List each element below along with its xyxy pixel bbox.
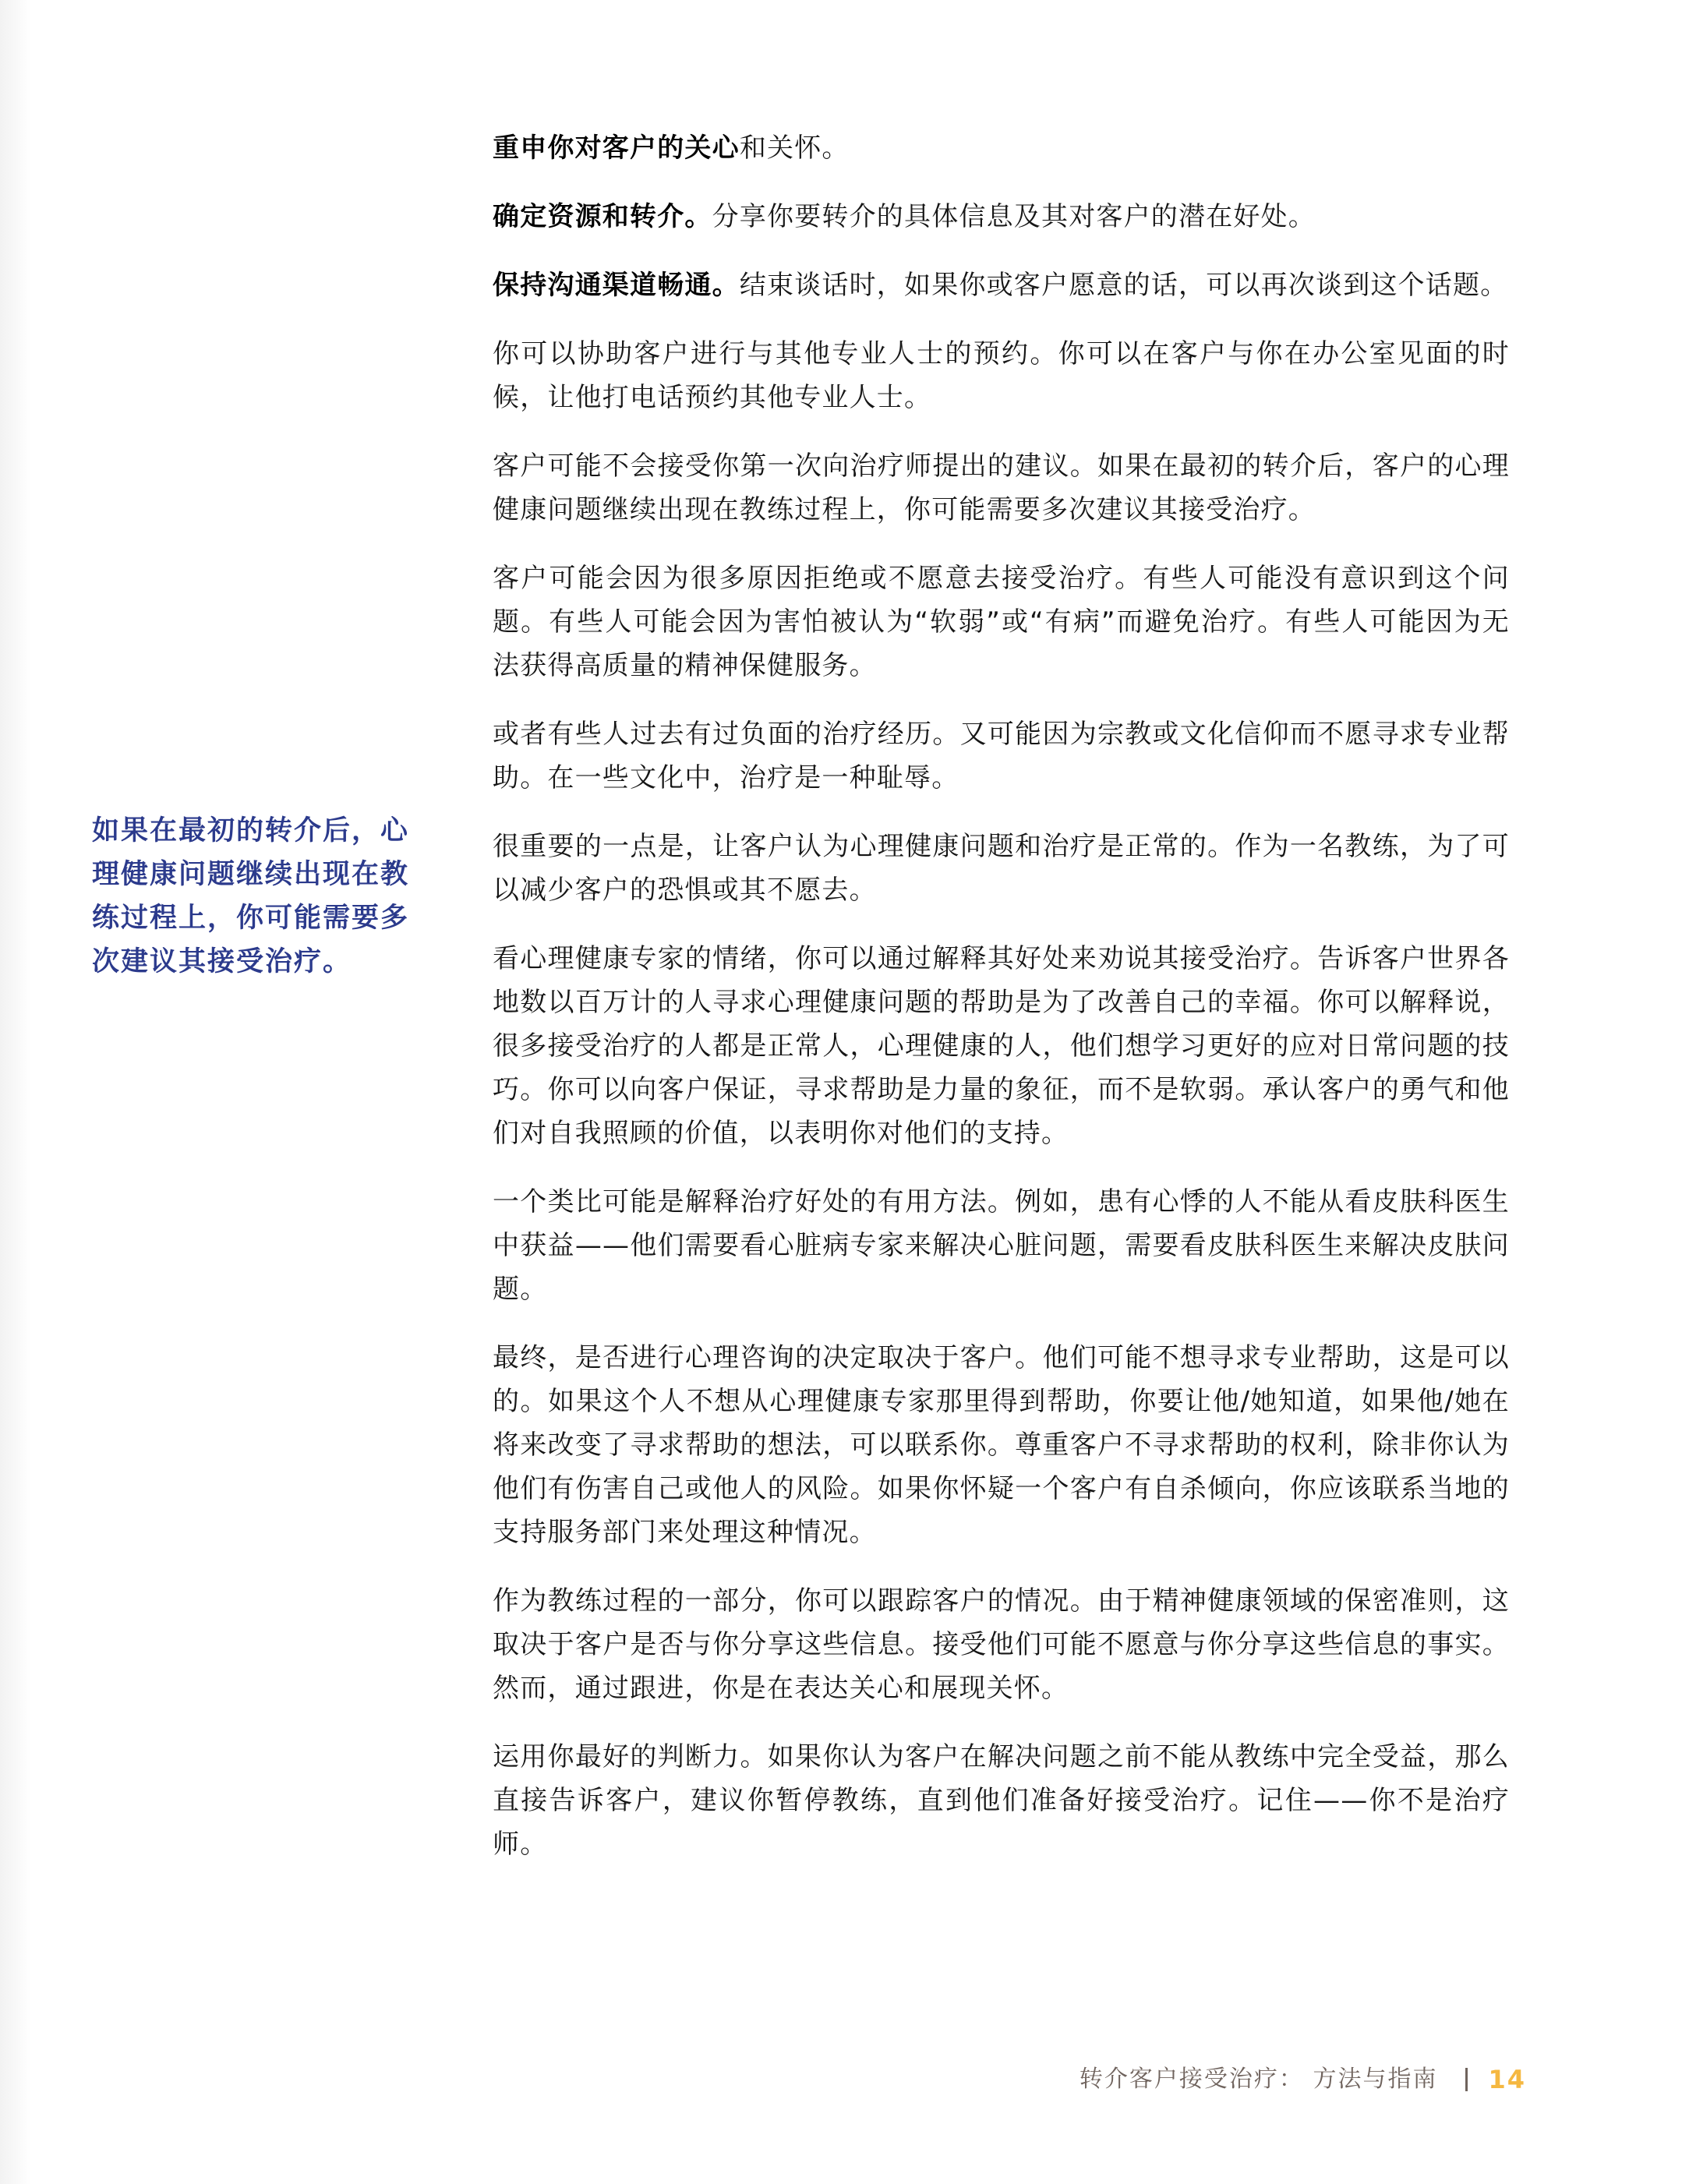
paragraph-best-judgment: 运用你最好的判断力。如果你认为客户在解决问题之前不能从教练中完全受益，那么直接告… — [493, 1735, 1510, 1866]
paragraph-text: 客户可能不会接受你第一次向治疗师提出的建议。如果在最初的转介后，客户的心理健康问… — [493, 451, 1510, 525]
page-number: 14 — [1488, 2064, 1526, 2095]
footer-document-title: 转介客户接受治疗： 方法与指南 — [1080, 2064, 1438, 2095]
paragraph-analogy: 一个类比可能是解释治疗好处的有用方法。例如，患有心悸的人不能从看皮肤科医生中获益… — [493, 1180, 1510, 1311]
paragraph-reasons-refusal: 客户可能会因为很多原因拒绝或不愿意去接受治疗。有些人可能没有意识到这个问题。有些… — [493, 557, 1510, 687]
paragraph-text: 结束谈话时，如果你或客户愿意的话，可以再次谈到这个话题。 — [740, 270, 1508, 301]
paragraph-text: 你可以协助客户进行与其他专业人士的预约。你可以在客户与你在办公室见面的时候，让他… — [493, 338, 1510, 413]
paragraph-text: 看心理健康专家的情绪，你可以通过解释其好处来劝说其接受治疗。告诉客户世界各地数以… — [493, 943, 1510, 1149]
paragraph-text: 最终，是否进行心理咨询的决定取决于客户。他们可能不想寻求专业帮助，这是可以的。如… — [493, 1342, 1510, 1548]
paragraph-explain-benefits: 看心理健康专家的情绪，你可以通过解释其好处来劝说其接受治疗。告诉客户世界各地数以… — [493, 937, 1510, 1155]
paragraph-resources-referrals: 确定资源和转介。分享你要转介的具体信息及其对客户的潜在好处。 — [493, 195, 1510, 239]
page-footer: 转介客户接受治疗： 方法与指南 14 — [1080, 2064, 1526, 2095]
paragraph-normalize-therapy: 很重要的一点是，让客户认为心理健康问题和治疗是正常的。作为一名教练，为了可以减少… — [493, 825, 1510, 912]
paragraph-lead: 保持沟通渠道畅通。 — [493, 270, 740, 301]
paragraph-text: 或者有些人过去有过负面的治疗经历。又可能因为宗教或文化信仰而不愿寻求专业帮助。在… — [493, 719, 1510, 793]
paragraph-reaffirm-care: 重申你对客户的关心和关怀。 — [493, 126, 1510, 170]
paragraph-lead: 确定资源和转介。 — [493, 201, 712, 232]
paragraph-negative-experience: 或者有些人过去有过负面的治疗经历。又可能因为宗教或文化信仰而不愿寻求专业帮助。在… — [493, 712, 1510, 800]
pull-quote: 如果在最初的转介后，心理健康问题继续出现在教练过程上，你可能需要多次建议其接受治… — [92, 809, 435, 984]
paragraph-assist-appointment: 你可以协助客户进行与其他专业人士的预约。你可以在客户与你在办公室见面的时候，让他… — [493, 332, 1510, 419]
paragraph-text: 运用你最好的判断力。如果你认为客户在解决问题之前不能从教练中完全受益，那么直接告… — [493, 1741, 1510, 1860]
paragraph-client-decision: 最终，是否进行心理咨询的决定取决于客户。他们可能不想寻求专业帮助，这是可以的。如… — [493, 1336, 1510, 1554]
page-edge-shadow — [0, 0, 31, 2184]
footer-divider — [1465, 2068, 1468, 2091]
paragraph-text: 和关怀。 — [740, 133, 850, 164]
paragraph-text: 很重要的一点是，让客户认为心理健康问题和治疗是正常的。作为一名教练，为了可以减少… — [493, 831, 1510, 906]
paragraph-text: 作为教练过程的一部分，你可以跟踪客户的情况。由于精神健康领域的保密准则，这取决于… — [493, 1585, 1510, 1704]
paragraph-repeat-suggestion: 客户可能不会接受你第一次向治疗师提出的建议。如果在最初的转介后，客户的心理健康问… — [493, 444, 1510, 532]
paragraph-follow-up: 作为教练过程的一部分，你可以跟踪客户的情况。由于精神健康领域的保密准则，这取决于… — [493, 1579, 1510, 1710]
body-text-column: 重申你对客户的关心和关怀。 确定资源和转介。分享你要转介的具体信息及其对客户的潜… — [493, 126, 1510, 1891]
paragraph-text: 客户可能会因为很多原因拒绝或不愿意去接受治疗。有些人可能没有意识到这个问题。有些… — [493, 563, 1510, 681]
paragraph-lead: 重申你对客户的关心 — [493, 133, 740, 164]
paragraph-text: 分享你要转介的具体信息及其对客户的潜在好处。 — [712, 201, 1316, 232]
paragraph-keep-communication-open: 保持沟通渠道畅通。结束谈话时，如果你或客户愿意的话，可以再次谈到这个话题。 — [493, 263, 1510, 307]
paragraph-text: 一个类比可能是解释治疗好处的有用方法。例如，患有心悸的人不能从看皮肤科医生中获益… — [493, 1186, 1510, 1305]
